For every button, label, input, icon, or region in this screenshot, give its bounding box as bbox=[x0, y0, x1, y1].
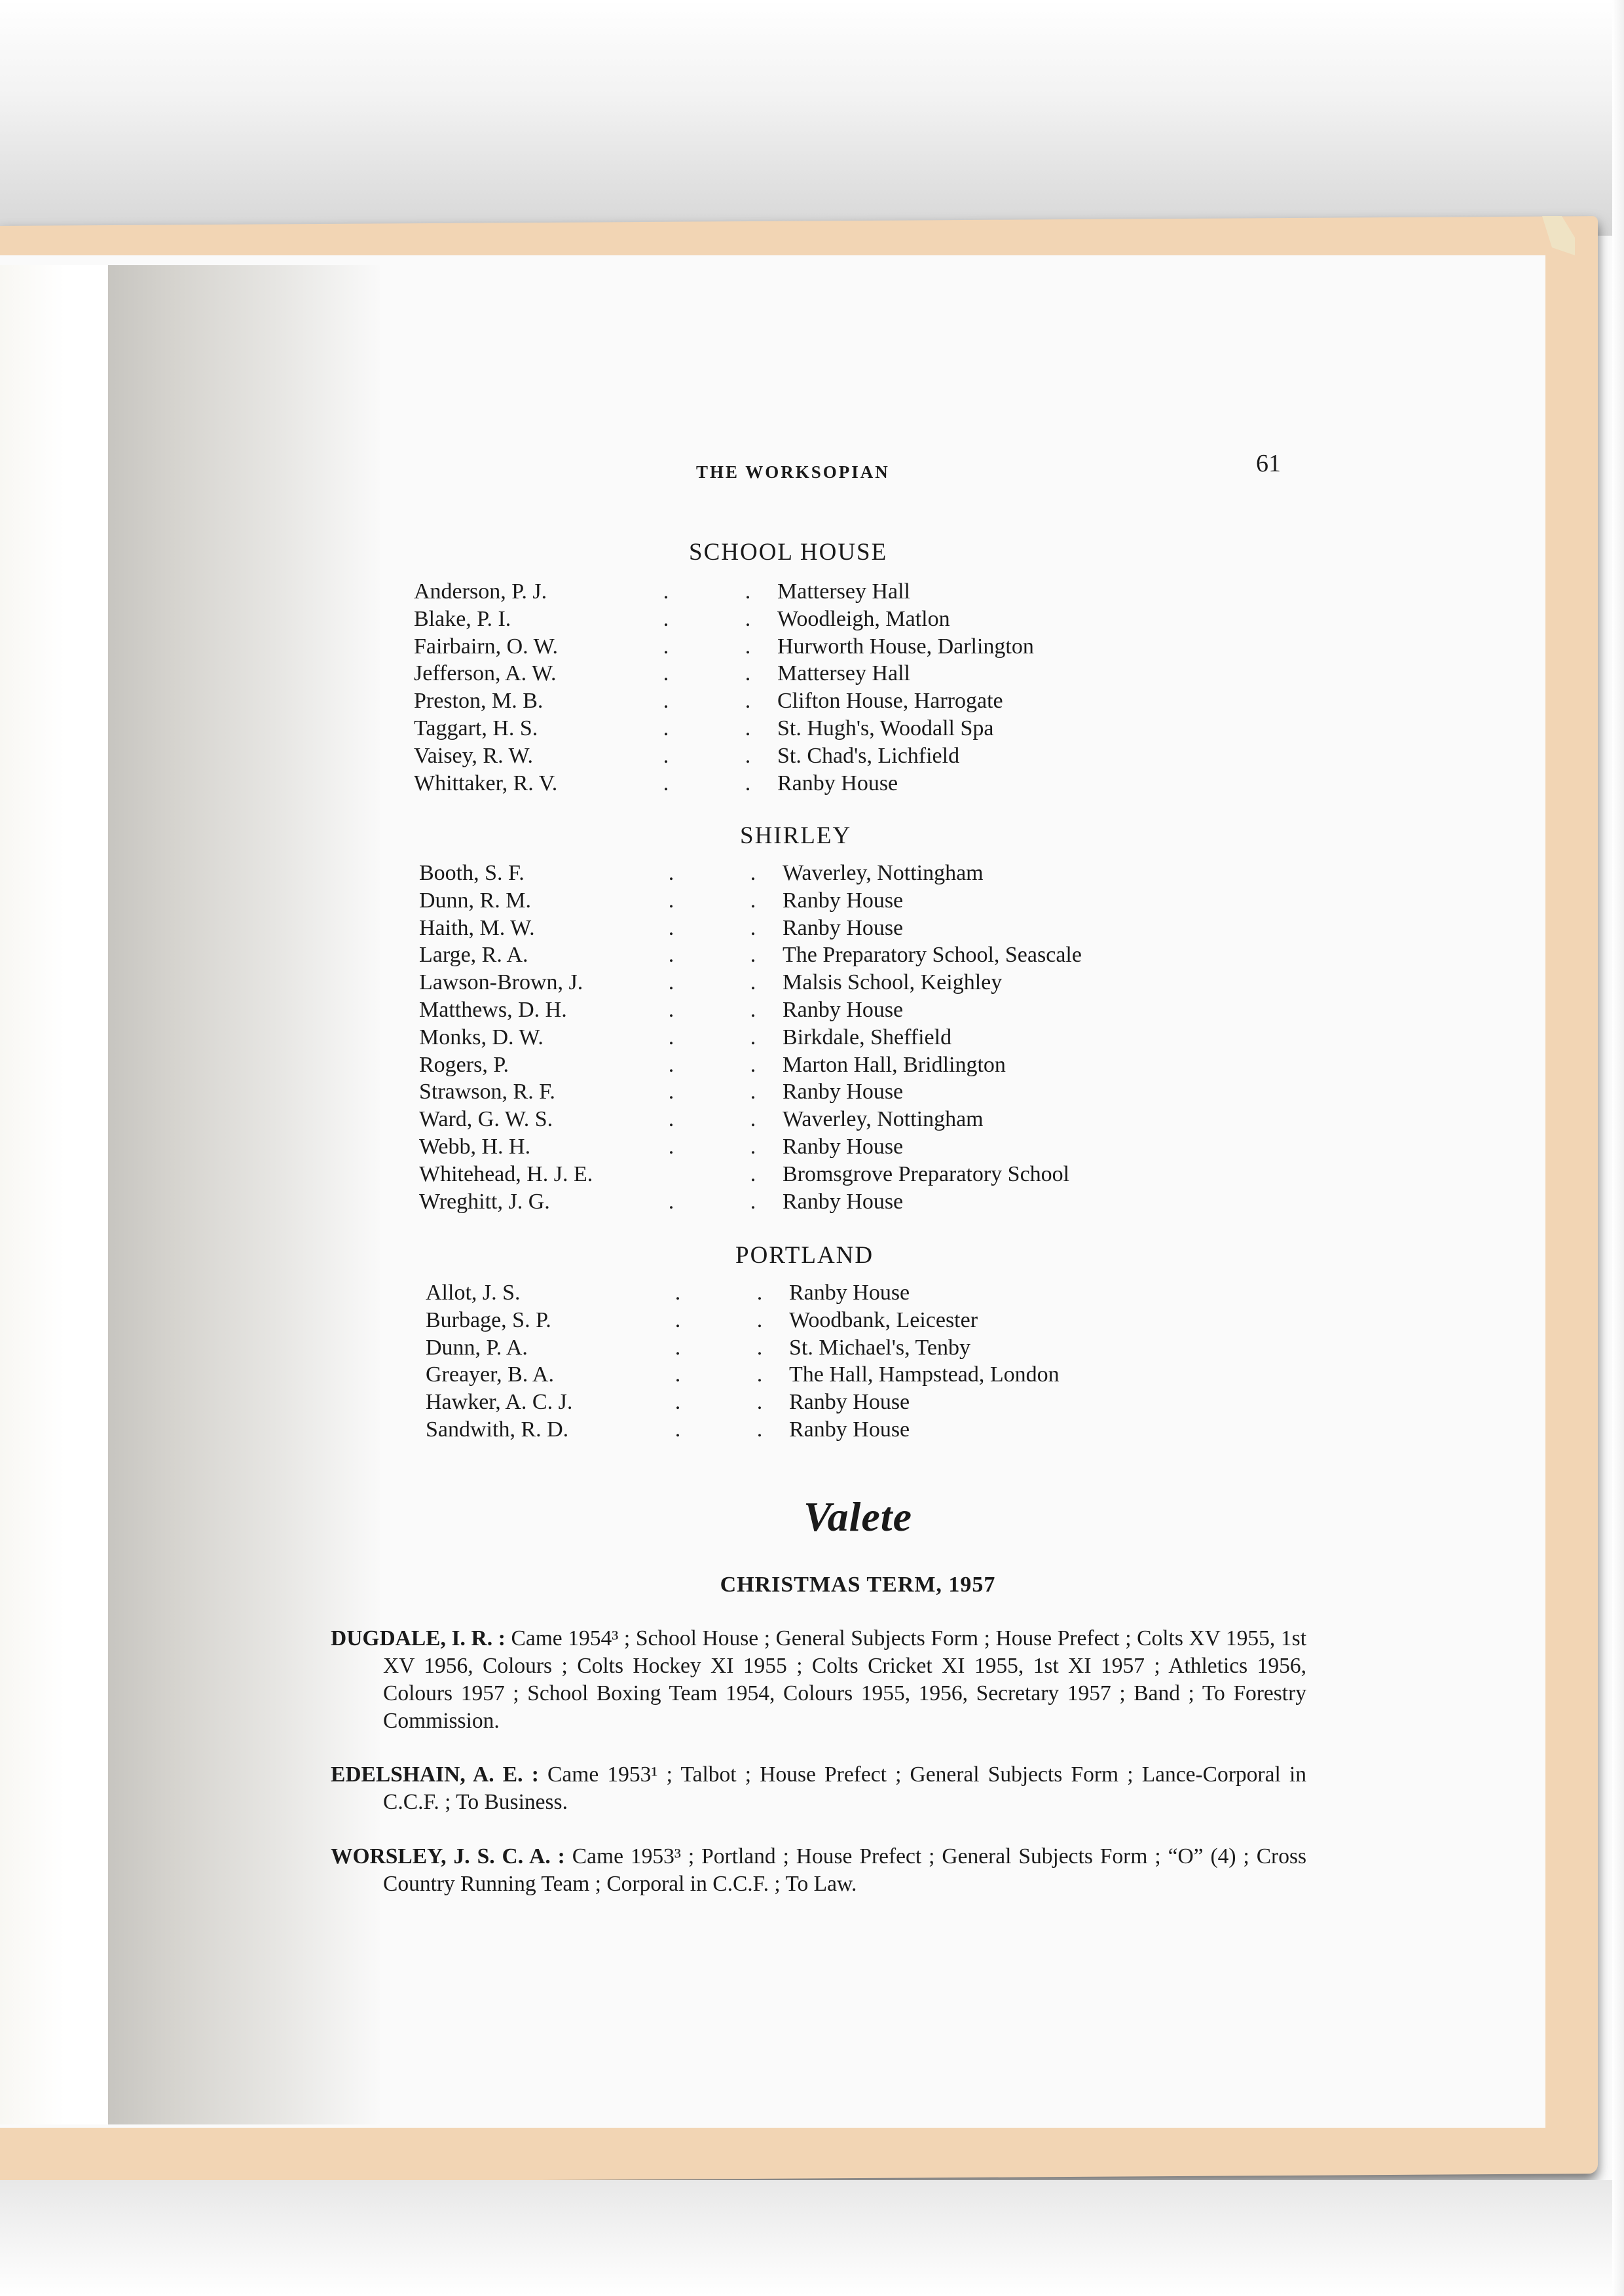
previous-school: Birkdale, Sheffield bbox=[783, 1024, 951, 1051]
previous-school: Waverley, Nottingham bbox=[783, 1106, 984, 1133]
leader-dots: . bbox=[668, 1161, 783, 1188]
previous-school: Waverley, Nottingham bbox=[783, 860, 984, 887]
previous-school: Mattersey Hall bbox=[777, 660, 910, 687]
shirley-list: Booth, S. F...Waverley, Nottingham Dunn,… bbox=[419, 860, 1082, 1215]
pupil-name: Preston, M. B. bbox=[414, 687, 663, 715]
leader-dots: .. bbox=[663, 687, 777, 715]
leader-dots: .. bbox=[668, 1078, 783, 1106]
leader-dots: .. bbox=[668, 860, 783, 887]
previous-school: Ranby House bbox=[783, 1078, 903, 1106]
previous-school: Ranby House bbox=[783, 915, 903, 942]
list-item: Jefferson, A. W...Mattersey Hall bbox=[414, 660, 1034, 687]
previous-school: Bromsgrove Preparatory School bbox=[783, 1161, 1069, 1188]
section-title-portland: PORTLAND bbox=[735, 1241, 874, 1269]
section-title-school-house: SCHOOL HOUSE bbox=[689, 538, 887, 566]
previous-school: Ranby House bbox=[783, 1188, 903, 1216]
leader-dots: .. bbox=[674, 1279, 789, 1307]
running-title: THE WORKSOPIAN bbox=[696, 462, 890, 483]
list-item: Matthews, D. H...Ranby House bbox=[419, 996, 1082, 1024]
valete-heading: Valete bbox=[0, 1493, 1624, 1541]
list-item: Taggart, H. S...St. Hugh's, Woodall Spa bbox=[414, 715, 1034, 742]
leader-dots: .. bbox=[663, 578, 777, 606]
previous-school: Clifton House, Harrogate bbox=[777, 687, 1003, 715]
leader-dots: .. bbox=[668, 1024, 783, 1051]
leader-dots: .. bbox=[674, 1334, 789, 1362]
leader-dots: .. bbox=[668, 915, 783, 942]
leaver-name: WORSLEY, J. S. C. A. : bbox=[331, 1844, 565, 1868]
pupil-name: Booth, S. F. bbox=[419, 860, 668, 887]
leader-dots: .. bbox=[663, 633, 777, 661]
leader-dots: .. bbox=[668, 887, 783, 915]
list-item: Whitehead, H. J. E..Bromsgrove Preparato… bbox=[419, 1161, 1082, 1188]
list-item: Hawker, A. C. J...Ranby House bbox=[426, 1389, 1060, 1416]
list-item: Vaisey, R. W...St. Chad's, Lichfield bbox=[414, 742, 1034, 770]
valete-entry-dugdale: DUGDALE, I. R. : Came 1954³ ; School Hou… bbox=[331, 1625, 1306, 1735]
valete-entry-edelshain: EDELSHAIN, A. E. : Came 1953¹ ; Talbot ;… bbox=[331, 1761, 1306, 1816]
portland-list: Allot, J. S...Ranby House Burbage, S. P.… bbox=[426, 1279, 1060, 1444]
list-item: Anderson, P. J...Mattersey Hall bbox=[414, 578, 1034, 606]
previous-school: Marton Hall, Bridlington bbox=[783, 1051, 1006, 1079]
list-item: Strawson, R. F...Ranby House bbox=[419, 1078, 1082, 1106]
leader-dots: .. bbox=[663, 770, 777, 797]
pupil-name: Allot, J. S. bbox=[426, 1279, 674, 1307]
leaver-record: Came 1954³ ; School House ; General Subj… bbox=[383, 1626, 1306, 1733]
leader-dots: .. bbox=[674, 1307, 789, 1334]
previous-school: Woodleigh, Matlon bbox=[777, 606, 950, 633]
pupil-name: Anderson, P. J. bbox=[414, 578, 663, 606]
pupil-name: Dunn, R. M. bbox=[419, 887, 668, 915]
previous-school: The Preparatory School, Seascale bbox=[783, 941, 1082, 969]
page-number: 61 bbox=[1256, 449, 1281, 478]
previous-school: Woodbank, Leicester bbox=[789, 1307, 978, 1334]
pupil-name: Sandwith, R. D. bbox=[426, 1416, 674, 1444]
list-item: Large, R. A...The Preparatory School, Se… bbox=[419, 941, 1082, 969]
list-item: Webb, H. H...Ranby House bbox=[419, 1133, 1082, 1161]
pupil-name: Wreghitt, J. G. bbox=[419, 1188, 668, 1216]
pupil-name: Whittaker, R. V. bbox=[414, 770, 663, 797]
list-item: Ward, G. W. S...Waverley, Nottingham bbox=[419, 1106, 1082, 1133]
pupil-name: Jefferson, A. W. bbox=[414, 660, 663, 687]
pupil-name: Hawker, A. C. J. bbox=[426, 1389, 674, 1416]
list-item: Greayer, B. A...The Hall, Hampstead, Lon… bbox=[426, 1361, 1060, 1389]
previous-school: Mattersey Hall bbox=[777, 578, 910, 606]
list-item: Dunn, R. M...Ranby House bbox=[419, 887, 1082, 915]
leader-dots: .. bbox=[668, 1051, 783, 1079]
previous-school: Hurworth House, Darlington bbox=[777, 633, 1034, 661]
previous-school: Ranby House bbox=[789, 1389, 910, 1416]
term-heading: CHRISTMAS TERM, 1957 bbox=[0, 1573, 1624, 1597]
leader-dots: .. bbox=[674, 1389, 789, 1416]
leader-dots: .. bbox=[663, 660, 777, 687]
page-content: THE WORKSOPIAN 61 SCHOOL HOUSE Anderson,… bbox=[0, 0, 1624, 2296]
pupil-name: Webb, H. H. bbox=[419, 1133, 668, 1161]
pupil-name: Greayer, B. A. bbox=[426, 1361, 674, 1389]
leader-dots: .. bbox=[674, 1361, 789, 1389]
pupil-name: Whitehead, H. J. E. bbox=[419, 1161, 668, 1188]
valete-entry-worsley: WORSLEY, J. S. C. A. : Came 1953³ ; Port… bbox=[331, 1843, 1306, 1898]
list-item: Whittaker, R. V...Ranby House bbox=[414, 770, 1034, 797]
previous-school: Ranby House bbox=[783, 996, 903, 1024]
pupil-name: Monks, D. W. bbox=[419, 1024, 668, 1051]
list-item: Preston, M. B...Clifton House, Harrogate bbox=[414, 687, 1034, 715]
list-item: Wreghitt, J. G...Ranby House bbox=[419, 1188, 1082, 1216]
section-title-shirley: SHIRLEY bbox=[740, 822, 851, 850]
pupil-name: Lawson-Brown, J. bbox=[419, 969, 668, 996]
previous-school: St. Chad's, Lichfield bbox=[777, 742, 959, 770]
list-item: Blake, P. I...Woodleigh, Matlon bbox=[414, 606, 1034, 633]
list-item: Burbage, S. P...Woodbank, Leicester bbox=[426, 1307, 1060, 1334]
leader-dots: .. bbox=[668, 1188, 783, 1216]
list-item: Sandwith, R. D...Ranby House bbox=[426, 1416, 1060, 1444]
list-item: Allot, J. S...Ranby House bbox=[426, 1279, 1060, 1307]
previous-school: Ranby House bbox=[783, 1133, 903, 1161]
previous-school: Malsis School, Keighley bbox=[783, 969, 1002, 996]
list-item: Haith, M. W...Ranby House bbox=[419, 915, 1082, 942]
leader-dots: .. bbox=[663, 606, 777, 633]
leader-dots: .. bbox=[668, 996, 783, 1024]
pupil-name: Blake, P. I. bbox=[414, 606, 663, 633]
list-item: Booth, S. F...Waverley, Nottingham bbox=[419, 860, 1082, 887]
pupil-name: Rogers, P. bbox=[419, 1051, 668, 1079]
school-house-list: Anderson, P. J...Mattersey Hall Blake, P… bbox=[414, 578, 1034, 797]
leader-dots: .. bbox=[668, 941, 783, 969]
pupil-name: Large, R. A. bbox=[419, 941, 668, 969]
list-item: Lawson-Brown, J...Malsis School, Keighle… bbox=[419, 969, 1082, 996]
leader-dots: .. bbox=[674, 1416, 789, 1444]
previous-school: The Hall, Hampstead, London bbox=[789, 1361, 1060, 1389]
previous-school: Ranby House bbox=[783, 887, 903, 915]
leader-dots: .. bbox=[668, 969, 783, 996]
leader-dots: .. bbox=[663, 715, 777, 742]
leader-dots: .. bbox=[663, 742, 777, 770]
list-item: Dunn, P. A...St. Michael's, Tenby bbox=[426, 1334, 1060, 1362]
list-item: Rogers, P...Marton Hall, Bridlington bbox=[419, 1051, 1082, 1079]
pupil-name: Dunn, P. A. bbox=[426, 1334, 674, 1362]
list-item: Fairbairn, O. W...Hurworth House, Darlin… bbox=[414, 633, 1034, 661]
previous-school: St. Hugh's, Woodall Spa bbox=[777, 715, 994, 742]
pupil-name: Burbage, S. P. bbox=[426, 1307, 674, 1334]
pupil-name: Haith, M. W. bbox=[419, 915, 668, 942]
previous-school: Ranby House bbox=[789, 1279, 910, 1307]
pupil-name: Matthews, D. H. bbox=[419, 996, 668, 1024]
previous-school: Ranby House bbox=[789, 1416, 910, 1444]
list-item: Monks, D. W...Birkdale, Sheffield bbox=[419, 1024, 1082, 1051]
pupil-name: Ward, G. W. S. bbox=[419, 1106, 668, 1133]
pupil-name: Fairbairn, O. W. bbox=[414, 633, 663, 661]
pupil-name: Vaisey, R. W. bbox=[414, 742, 663, 770]
previous-school: Ranby House bbox=[777, 770, 898, 797]
leader-dots: .. bbox=[668, 1133, 783, 1161]
previous-school: St. Michael's, Tenby bbox=[789, 1334, 970, 1362]
leaver-name: EDELSHAIN, A. E. : bbox=[331, 1762, 539, 1787]
pupil-name: Strawson, R. F. bbox=[419, 1078, 668, 1106]
pupil-name: Taggart, H. S. bbox=[414, 715, 663, 742]
leaver-name: DUGDALE, I. R. : bbox=[331, 1626, 506, 1650]
leader-dots: .. bbox=[668, 1106, 783, 1133]
